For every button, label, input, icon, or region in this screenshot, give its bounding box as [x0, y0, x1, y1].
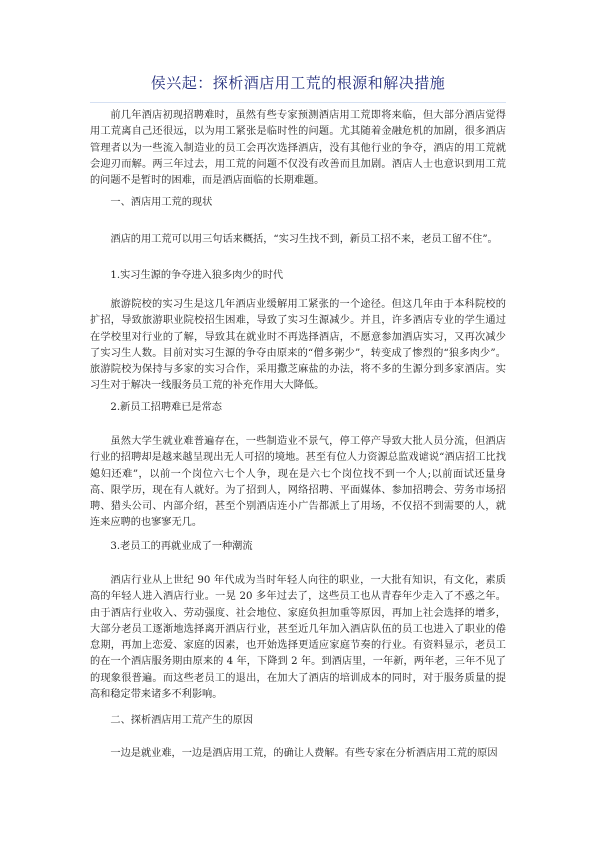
paragraph-causes: 一边是就业难，一边是酒店用工荒，的确让人费解。有些专家在分析酒店用工荒的原因	[90, 746, 506, 762]
title-divider	[90, 102, 506, 103]
subheading-1-1: 1.实习生源的争夺进入狼多肉少的时代	[90, 268, 506, 284]
section-heading-1: 一、酒店用工荒的现状	[90, 195, 506, 211]
document-title: 侯兴起：探析酒店用工荒的根源和解决措施	[90, 72, 506, 93]
subheading-1-3: 3.老员工的再就业成了一种潮流	[90, 539, 506, 555]
section-heading-2: 二、探析酒店用工荒产生的原因	[90, 713, 506, 729]
paragraph-summary: 酒店的用工荒可以用三句话来概括，“实习生找不到，新员工招不来，老员工留不住”。	[90, 232, 506, 248]
intro-paragraph: 前几年酒店初现招聘难时，虽然有些专家预测酒店用工荒即将来临，但大部分酒店觉得用工…	[90, 108, 506, 189]
subheading-1-2: 2.新员工招聘难已是常态	[90, 400, 506, 416]
paragraph-veteran-staff: 酒店行业从上世纪 90 年代成为当时年轻人向往的职业，一大批有知识，有文化，素质…	[90, 573, 506, 703]
paragraph-interns: 旅游院校的实习生是这几年酒店业缓解用工紧张的一个途径。但这几年由于本科院校的扩招…	[90, 297, 506, 395]
paragraph-recruitment: 虽然大学生就业难普遍存在，一些制造业不景气，停工停产导致大批人员分流，但酒店行业…	[90, 434, 506, 532]
